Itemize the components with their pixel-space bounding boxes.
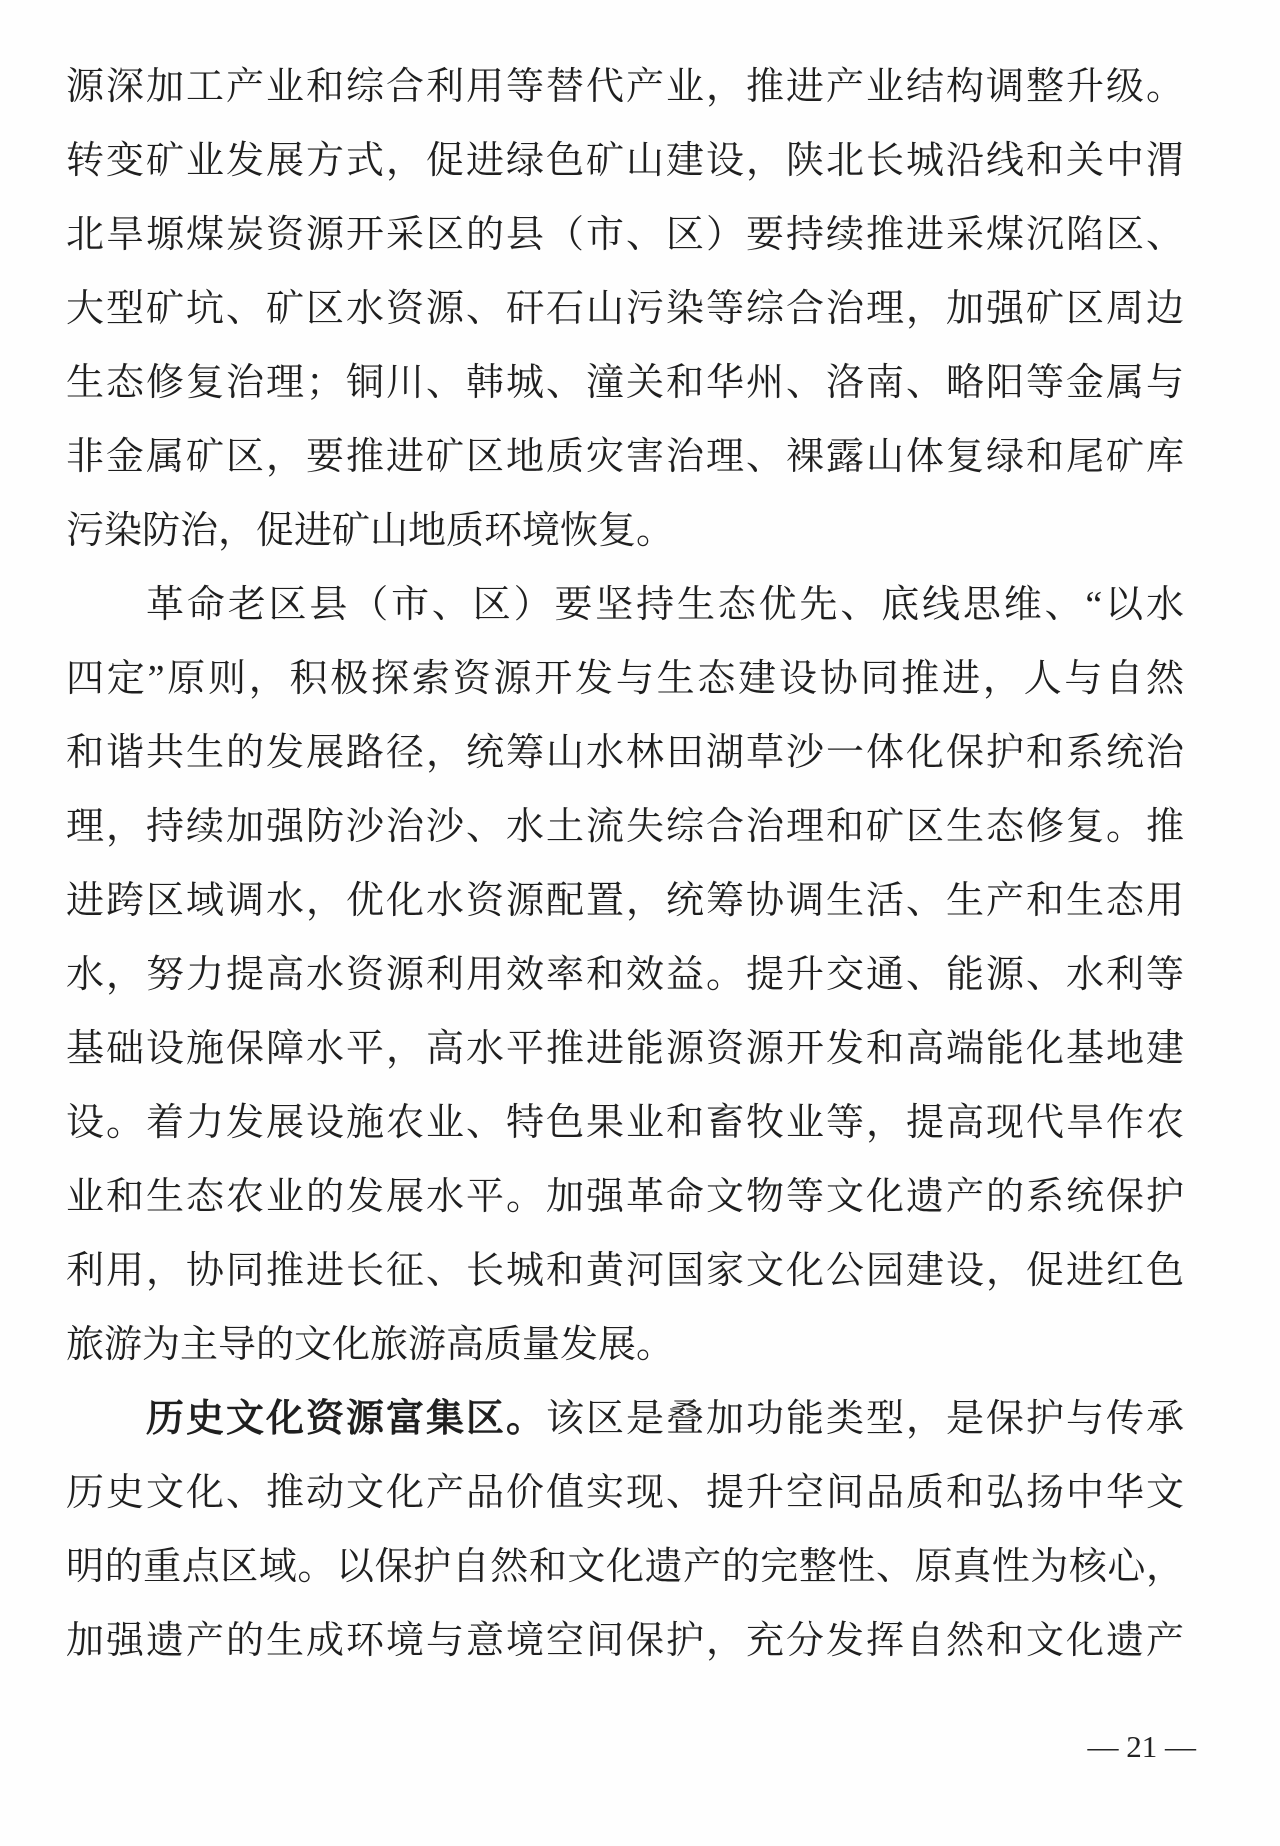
line-text: 污染防治，促进矿山地质环境恢复。	[66, 510, 674, 552]
text-line: 旅游为主导的文化旅游高质量发展。	[66, 1308, 1184, 1382]
line-text: 生态修复治理；铜川、韩城、潼关和华州、洛南、略阳等金属与	[66, 362, 1184, 404]
page-number: — 21 —	[1088, 1729, 1197, 1764]
text-line: 污染防治，促进矿山地质环境恢复。	[66, 494, 1184, 568]
line-text: 源深加工产业和综合利用等替代产业，推进产业结构调整升级。	[66, 66, 1184, 108]
line-text: 明的重点区域。以保护自然和文化遗产的完整性、原真性为核心，	[66, 1546, 1184, 1588]
text-line: 业和生态农业的发展水平。加强革命文物等文化遗产的系统保护	[66, 1160, 1184, 1234]
text-line: 革命老区县（市、区）要坚持生态优先、底线思维、“以水	[66, 568, 1184, 642]
line-text: 四定”原则，积极探索资源开发与生态建设协同推进，人与自然	[66, 658, 1184, 700]
line-text: 基础设施保障水平，高水平推进能源资源开发和高端能化基地建	[66, 1028, 1184, 1070]
document-body: 源深加工产业和综合利用等替代产业，推进产业结构调整升级。转变矿业发展方式，促进绿…	[66, 50, 1184, 1678]
document-page: 源深加工产业和综合利用等替代产业，推进产业结构调整升级。转变矿业发展方式，促进绿…	[0, 0, 1280, 1846]
line-text: 利用，协同推进长征、长城和黄河国家文化公园建设，促进红色	[66, 1250, 1184, 1292]
text-line: 基础设施保障水平，高水平推进能源资源开发和高端能化基地建	[66, 1012, 1184, 1086]
text-line: 非金属矿区，要推进矿区地质灾害治理、裸露山体复绿和尾矿库	[66, 420, 1184, 494]
line-text: 进跨区域调水，优化水资源配置，统筹协调生活、生产和生态用	[66, 880, 1184, 922]
line-text: 转变矿业发展方式，促进绿色矿山建设，陕北长城沿线和关中渭	[66, 140, 1184, 182]
text-line: 转变矿业发展方式，促进绿色矿山建设，陕北长城沿线和关中渭	[66, 124, 1184, 198]
line-text: 水，努力提高水资源利用效率和效益。提升交通、能源、水利等	[66, 954, 1184, 996]
bold-lead-text: 历史文化资源富集区。	[146, 1398, 546, 1440]
text-line: 利用，协同推进长征、长城和黄河国家文化公园建设，促进红色	[66, 1234, 1184, 1308]
line-text: 设。着力发展设施农业、特色果业和畜牧业等，提高现代旱作农	[66, 1102, 1184, 1144]
line-text: 北旱塬煤炭资源开采区的县（市、区）要持续推进采煤沉陷区、	[66, 214, 1184, 256]
text-line: 大型矿坑、矿区水资源、矸石山污染等综合治理，加强矿区周边	[66, 272, 1184, 346]
text-line: 明的重点区域。以保护自然和文化遗产的完整性、原真性为核心，	[66, 1530, 1184, 1604]
text-line: 水，努力提高水资源利用效率和效益。提升交通、能源、水利等	[66, 938, 1184, 1012]
line-text: 该区是叠加功能类型，是保护与传承	[546, 1398, 1184, 1440]
line-text: 革命老区县（市、区）要坚持生态优先、底线思维、“以水	[146, 584, 1184, 626]
text-line: 和谐共生的发展路径，统筹山水林田湖草沙一体化保护和系统治	[66, 716, 1184, 790]
text-line: 进跨区域调水，优化水资源配置，统筹协调生活、生产和生态用	[66, 864, 1184, 938]
line-text: 旅游为主导的文化旅游高质量发展。	[66, 1324, 674, 1366]
text-line: 历史文化、推动文化产品价值实现、提升空间品质和弘扬中华文	[66, 1456, 1184, 1530]
page-footer: — 21 —	[1088, 1722, 1197, 1772]
line-text: 业和生态农业的发展水平。加强革命文物等文化遗产的系统保护	[66, 1176, 1184, 1218]
line-text: 和谐共生的发展路径，统筹山水林田湖草沙一体化保护和系统治	[66, 732, 1184, 774]
text-line: 理，持续加强防沙治沙、水土流失综合治理和矿区生态修复。推	[66, 790, 1184, 864]
text-line: 北旱塬煤炭资源开采区的县（市、区）要持续推进采煤沉陷区、	[66, 198, 1184, 272]
line-text: 加强遗产的生成环境与意境空间保护，充分发挥自然和文化遗产	[66, 1620, 1184, 1662]
line-text: 大型矿坑、矿区水资源、矸石山污染等综合治理，加强矿区周边	[66, 288, 1184, 330]
line-text: 历史文化、推动文化产品价值实现、提升空间品质和弘扬中华文	[66, 1472, 1184, 1514]
text-line: 源深加工产业和综合利用等替代产业，推进产业结构调整升级。	[66, 50, 1184, 124]
text-line: 加强遗产的生成环境与意境空间保护，充分发挥自然和文化遗产	[66, 1604, 1184, 1678]
text-line: 设。着力发展设施农业、特色果业和畜牧业等，提高现代旱作农	[66, 1086, 1184, 1160]
text-line: 四定”原则，积极探索资源开发与生态建设协同推进，人与自然	[66, 642, 1184, 716]
text-line: 历史文化资源富集区。该区是叠加功能类型，是保护与传承	[66, 1382, 1184, 1456]
text-line: 生态修复治理；铜川、韩城、潼关和华州、洛南、略阳等金属与	[66, 346, 1184, 420]
line-text: 非金属矿区，要推进矿区地质灾害治理、裸露山体复绿和尾矿库	[66, 436, 1184, 478]
line-text: 理，持续加强防沙治沙、水土流失综合治理和矿区生态修复。推	[66, 806, 1184, 848]
